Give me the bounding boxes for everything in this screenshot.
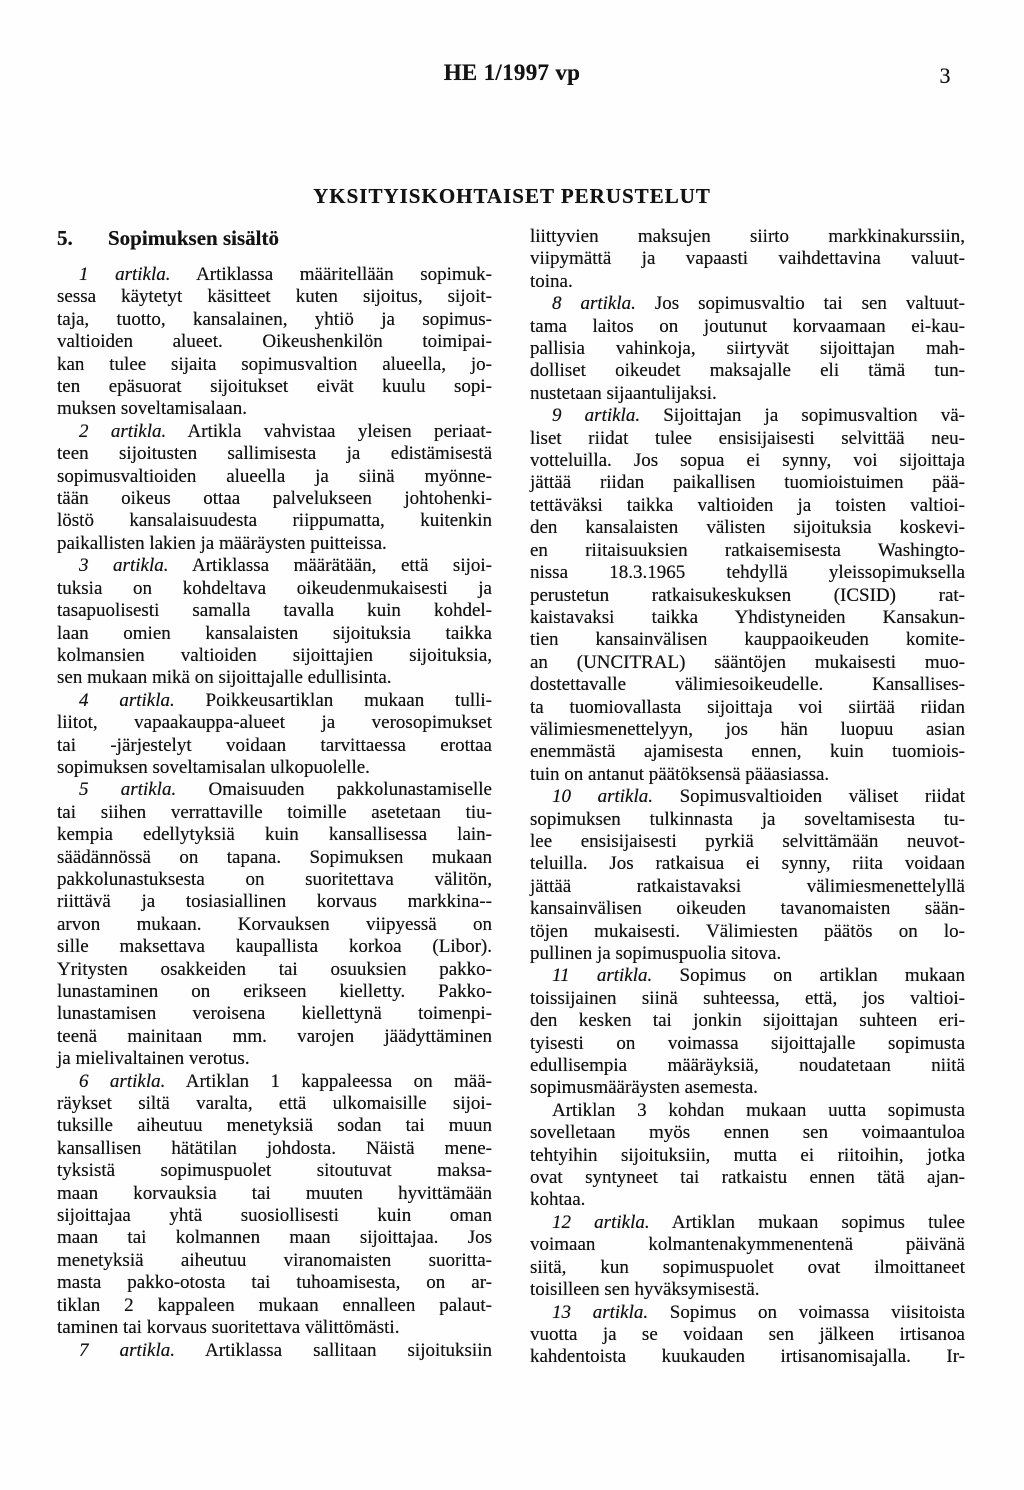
text-line: liitot, vapaakauppa-alueet ja verosopimu… [57, 712, 492, 734]
paragraph: 5 artikla. Omaisuuden pakkolunastamisell… [57, 779, 492, 1070]
text-line: den kansalaisten välisten sijoituksia ko… [530, 517, 965, 539]
text-line: viipymättä ja vapaasti vaihdettavina val… [530, 248, 965, 270]
left-column: 5. Sopimuksen sisältö 1 artikla. Artikla… [57, 226, 492, 1369]
text-line: taja, tuotto, kansalainen, yhtiö ja sopi… [57, 309, 492, 331]
text-line: 5 artikla. Omaisuuden pakkolunastamisell… [57, 779, 492, 801]
text-line: kansainvälisen oikeuden tavanomaisten sä… [530, 898, 965, 920]
paragraph: 3 artikla. Artiklassa määrätään, että si… [57, 555, 492, 689]
text-line: ta tuomiovallasta sijoittaja voi siirtää… [530, 697, 965, 719]
article-lead: 2 artikla. [79, 421, 166, 442]
text-line: sen mukaan mikä on sijoittajalle edullis… [57, 667, 492, 689]
text-line: 9 artikla. Sijoittajan ja sopimusvaltion… [530, 405, 965, 427]
section-number: 5. [57, 226, 108, 251]
text-line: 2 artikla. Artikla vahvistaa yleisen per… [57, 421, 492, 443]
text-line: masta pakko-otosta tai tuhoamisesta, on … [57, 1272, 492, 1294]
article-lead: 5 artikla. [79, 779, 176, 800]
text-line: tyisesti on voimassa sijoittajalle sopim… [530, 1033, 965, 1055]
text-line: 10 artikla. Sopimusvaltioiden väliset ri… [530, 786, 965, 808]
text-line: arvon mukaan. Korvauksen viipyessä on [57, 914, 492, 936]
text-line: 8 artikla. Jos sopimusvaltio tai sen val… [530, 293, 965, 315]
text-line: menetyksiä aiheutuu viranomaisten suorit… [57, 1250, 492, 1272]
article-lead: 8 artikla. [552, 293, 636, 314]
text-line: välimiesmenettelyyn, jos hän luopuu asia… [530, 719, 965, 741]
text-line: sopimusvaltioiden alueella ja siinä myön… [57, 466, 492, 488]
text-line: toina. [530, 271, 965, 293]
text-line: kahdentoista kuukauden irtisanomisajalla… [530, 1346, 965, 1368]
text-line: maan korvauksia tai muuten hyvittämään [57, 1183, 492, 1205]
text-line: teluilla. Jos ratkaisua ei synny, riita … [530, 853, 965, 875]
article-lead: 4 artikla. [79, 690, 175, 711]
text-line: lunastaminen on erikseen kielletty. Pakk… [57, 981, 492, 1003]
text-line: tiklan 2 kappaleen mukaan ennalleen pala… [57, 1295, 492, 1317]
article-lead: 11 artikla. [552, 965, 652, 986]
text-line: Artiklan 3 kohdan mukaan uutta sopimusta [530, 1100, 965, 1122]
text-line: sopimuksen tulkinnasta ja soveltamisesta… [530, 809, 965, 831]
paragraph: 8 artikla. Jos sopimusvaltio tai sen val… [530, 293, 965, 405]
section-title: Sopimuksen sisältö [108, 226, 279, 251]
text-line: ten epäsuorat sijoitukset eivät kuulu so… [57, 376, 492, 398]
text-line: valtioiden alueet. Oikeushenkilön toimip… [57, 331, 492, 353]
text-line: teenä mainitaan mm. varojen jäädyttämine… [57, 1026, 492, 1048]
text-line: laan omien kansalaisten sijoituksia taik… [57, 623, 492, 645]
scanned-document-page: HE 1/1997 vp 3 YKSITYISKOHTAISET PERUSTE… [0, 0, 1024, 1490]
paragraph: 7 artikla. Artiklassa sallitaan sijoituk… [57, 1340, 492, 1362]
text-line: 1 artikla. Artiklassa määritellään sopim… [57, 264, 492, 286]
text-line: tään oikeus ottaa palvelukseen johtohenk… [57, 488, 492, 510]
article-lead: 6 artikla. [79, 1071, 165, 1092]
text-line: dostettavalle välimiesoikeudelle. Kansal… [530, 674, 965, 696]
text-line: jättää riidan paikallisen tuomioistuimen… [530, 472, 965, 494]
text-line: sopimusmääräysten asemesta. [530, 1077, 965, 1099]
text-line: voimaan kolmantenakymmenentenä päivänä [530, 1234, 965, 1256]
text-line: votteluilla. Jos sopua ei synny, voi sij… [530, 450, 965, 472]
text-line: nustetaan sijaantulijaksi. [530, 383, 965, 405]
page-number: 3 [920, 63, 970, 89]
text-line: tehtyihin sijoituksiin, mutta ei riitoih… [530, 1145, 965, 1167]
text-line: sijoittajaa yhtä suosiollisesti kuin oma… [57, 1205, 492, 1227]
text-line: tai -järjestelyt voidaan tarvittaessa er… [57, 735, 492, 757]
text-line: säädännössä on tapana. Sopimuksen mukaan [57, 847, 492, 869]
text-line: dolliset oikeudet maksajalle eli tämä tu… [530, 360, 965, 382]
text-line: paikallisten lakien ja määräysten puitte… [57, 533, 492, 555]
article-lead: 13 artikla. [552, 1302, 648, 1323]
text-line: 12 artikla. Artiklan mukaan sopimus tule… [530, 1212, 965, 1234]
text-line: maan tai kolmannen maan sijoittajaa. Jos [57, 1227, 492, 1249]
text-line: an (UNCITRAL) sääntöjen mukaisesti muo- [530, 652, 965, 674]
right-column: liittyvien maksujen siirto markkinakurss… [530, 226, 965, 1369]
paragraph: liittyvien maksujen siirto markkinakurss… [530, 226, 965, 293]
text-line: tai siihen verrattaville toimille asetet… [57, 802, 492, 824]
text-line: kolmansien valtioiden sijoittajien sijoi… [57, 645, 492, 667]
text-line: perustetun ratkaisukeskuksen (ICSID) rat… [530, 585, 965, 607]
text-line: toisilleen sen hyväksymisestä. [530, 1279, 965, 1301]
text-line: räykset siltä varalta, että ulkomaisille… [57, 1093, 492, 1115]
text-line: ovat syntyneet tai ratkaistu ennen tätä … [530, 1167, 965, 1189]
article-lead: 7 artikla. [79, 1340, 175, 1361]
article-lead: 3 artikla. [79, 555, 168, 576]
left-column-body: 1 artikla. Artiklassa määritellään sopim… [57, 264, 492, 1362]
text-line: teen sijoitusten sallimisesta ja edistäm… [57, 443, 492, 465]
paragraph: 4 artikla. Poikkeusartiklan mukaan tulli… [57, 690, 492, 780]
article-lead: 12 artikla. [552, 1212, 650, 1233]
text-line: siitä, kun sopimuspuolet ovat ilmoittane… [530, 1257, 965, 1279]
text-line: 7 artikla. Artiklassa sallitaan sijoituk… [57, 1340, 492, 1362]
paragraph: 10 artikla. Sopimusvaltioiden väliset ri… [530, 786, 965, 965]
article-lead: 1 artikla. [79, 264, 171, 285]
text-line: sovelletaan myös ennen sen voimaantuloa [530, 1122, 965, 1144]
text-line: sessa käytetyt käsitteet kuten sijoitus,… [57, 286, 492, 308]
text-line: riittävä ja tosiasiallinen korvaus markk… [57, 891, 492, 913]
paragraph: 6 artikla. Artiklan 1 kappaleessa on mää… [57, 1071, 492, 1340]
paragraph: 2 artikla. Artikla vahvistaa yleisen per… [57, 421, 492, 555]
text-line: nissa 18.3.1965 tehdyllä yleissopimuksel… [530, 562, 965, 584]
section-heading: 5. Sopimuksen sisältö [57, 226, 492, 251]
text-line: toissijainen siinä suhteessa, että, jos … [530, 988, 965, 1010]
right-column-body: liittyvien maksujen siirto markkinakurss… [530, 226, 965, 1369]
text-line: tama laitos on joutunut korvaamaan ei-ka… [530, 316, 965, 338]
text-line: tyksistä sopimuspuolet sitoutuvat maksa- [57, 1160, 492, 1182]
text-line: tien kansainvälisen kauppaoikeuden komit… [530, 629, 965, 651]
text-line: enemmästä ajamisesta ennen, kuin tuomioi… [530, 741, 965, 763]
two-column-text-block: 5. Sopimuksen sisältö 1 artikla. Artikla… [57, 226, 965, 1369]
text-line: jättää ratkaistavaksi välimiesmenettelyl… [530, 876, 965, 898]
text-line: pakkolunastuksesta on suoritettava välit… [57, 869, 492, 891]
paragraph: 1 artikla. Artiklassa määritellään sopim… [57, 264, 492, 421]
text-line: vuotta ja se voidaan sen jälkeen irtisan… [530, 1324, 965, 1346]
text-line: lee ensisijaisesti pyrkiä selvittämään n… [530, 831, 965, 853]
text-line: tasapuolisesti samalla tavalla kuin kohd… [57, 600, 492, 622]
text-line: 3 artikla. Artiklassa määrätään, että si… [57, 555, 492, 577]
text-line: en riitaisuuksien ratkaisemisesta Washin… [530, 540, 965, 562]
paragraph: 9 artikla. Sijoittajan ja sopimusvaltion… [530, 405, 965, 786]
article-lead: 10 artikla. [552, 786, 653, 807]
main-heading: YKSITYISKOHTAISET PERUSTELUT [0, 184, 1024, 209]
text-line: löstö kansalaisuudesta riippumatta, kuit… [57, 510, 492, 532]
text-line: Yritysten osakkeiden tai osuuksien pakko… [57, 959, 492, 981]
text-line: den kesken tai jonkin sijoittajan suhtee… [530, 1010, 965, 1032]
text-line: 11 artikla. Sopimus on artiklan mukaan [530, 965, 965, 987]
text-line: tuksia on kohdeltava oikeudenmukaisesti … [57, 578, 492, 600]
article-lead: 9 artikla. [552, 405, 640, 426]
text-line: muksen soveltamisalaan. [57, 398, 492, 420]
paragraph: 12 artikla. Artiklan mukaan sopimus tule… [530, 1212, 965, 1302]
paragraph: Artiklan 3 kohdan mukaan uutta sopimusta… [530, 1100, 965, 1212]
text-line: töjen mukaisesti. Välimiesten päätös on … [530, 921, 965, 943]
text-line: kempia edellytyksiä kuin kansallisessa l… [57, 824, 492, 846]
paragraph: 11 artikla. Sopimus on artiklan mukaanto… [530, 965, 965, 1099]
text-line: 13 artikla. Sopimus on voimassa viisitoi… [530, 1302, 965, 1324]
document-identifier: HE 1/1997 vp [0, 60, 1024, 86]
text-line: liset riidat tulee ensisijaisesti selvit… [530, 428, 965, 450]
text-line: lunastamisen veroisena kiellettynä toime… [57, 1003, 492, 1025]
text-line: liittyvien maksujen siirto markkinakurss… [530, 226, 965, 248]
text-line: tuin on antanut päätöksensä pääasiassa. [530, 764, 965, 786]
text-line: sille maksettava kaupallista korkoa (Lib… [57, 936, 492, 958]
text-line: edullisempia määräyksiä, noudatetaan nii… [530, 1055, 965, 1077]
text-line: kohtaa. [530, 1189, 965, 1211]
text-line: pallisia vahinkoja, siirtyvät sijoittaja… [530, 338, 965, 360]
paragraph: 13 artikla. Sopimus on voimassa viisitoi… [530, 1302, 965, 1369]
text-line: kan tulee sijaita sopimusvaltion alueell… [57, 354, 492, 376]
text-line: kansallisen hätätilan johdosta. Näistä m… [57, 1138, 492, 1160]
text-line: pullinen ja sopimuspuolia sitova. [530, 943, 965, 965]
text-line: taminen tai korvaus suoritettava välittö… [57, 1317, 492, 1339]
text-line: 4 artikla. Poikkeusartiklan mukaan tulli… [57, 690, 492, 712]
text-line: tuksille aiheutuu menetyksiä sodan tai m… [57, 1115, 492, 1137]
text-line: ja mielivaltainen verotus. [57, 1048, 492, 1070]
text-line: sopimuksen soveltamisalan ulkopuolelle. [57, 757, 492, 779]
text-line: tettäväksi taikka valtioiden ja toisten … [530, 495, 965, 517]
text-line: 6 artikla. Artiklan 1 kappaleessa on mää… [57, 1071, 492, 1093]
text-line: kaistavaksi taikka Yhdistyneiden Kansaku… [530, 607, 965, 629]
